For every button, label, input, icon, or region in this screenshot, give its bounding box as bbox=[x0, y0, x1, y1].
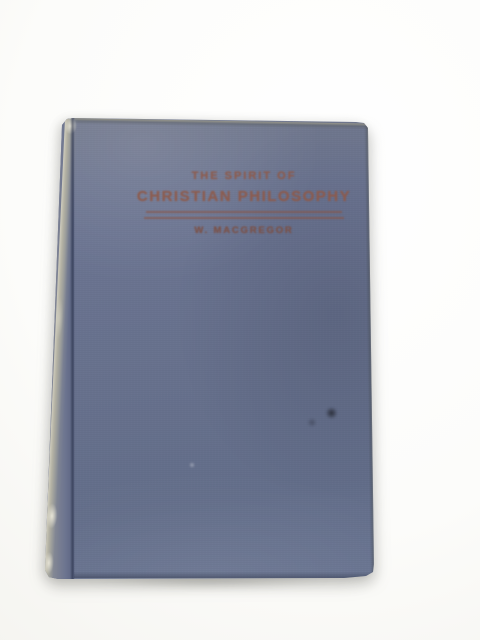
title-rule-bottom bbox=[144, 217, 344, 219]
book-front-cover: THE SPIRIT OF CHRISTIAN PHILOSOPHY W. MA… bbox=[44, 118, 375, 580]
book-bottom-edge bbox=[46, 570, 372, 578]
cover-title-line2: CHRISTIAN PHILOSOPHY bbox=[99, 188, 389, 206]
title-rule-top bbox=[146, 211, 342, 213]
dust-speck bbox=[190, 463, 194, 467]
cover-title-line1: THE SPIRIT OF bbox=[99, 170, 389, 183]
book-top-edge bbox=[64, 118, 370, 130]
book: THE SPIRIT OF CHRISTIAN PHILOSOPHY W. MA… bbox=[44, 118, 375, 580]
cover-title-block: THE SPIRIT OF CHRISTIAN PHILOSOPHY W. MA… bbox=[99, 170, 389, 236]
spine-hinge-groove bbox=[70, 118, 75, 580]
stain-spot-large bbox=[325, 407, 338, 419]
stain-spot-small bbox=[307, 418, 317, 427]
book-photo: THE SPIRIT OF CHRISTIAN PHILOSOPHY W. MA… bbox=[0, 0, 480, 640]
cover-author-line: W. MACGREGOR bbox=[99, 225, 389, 236]
